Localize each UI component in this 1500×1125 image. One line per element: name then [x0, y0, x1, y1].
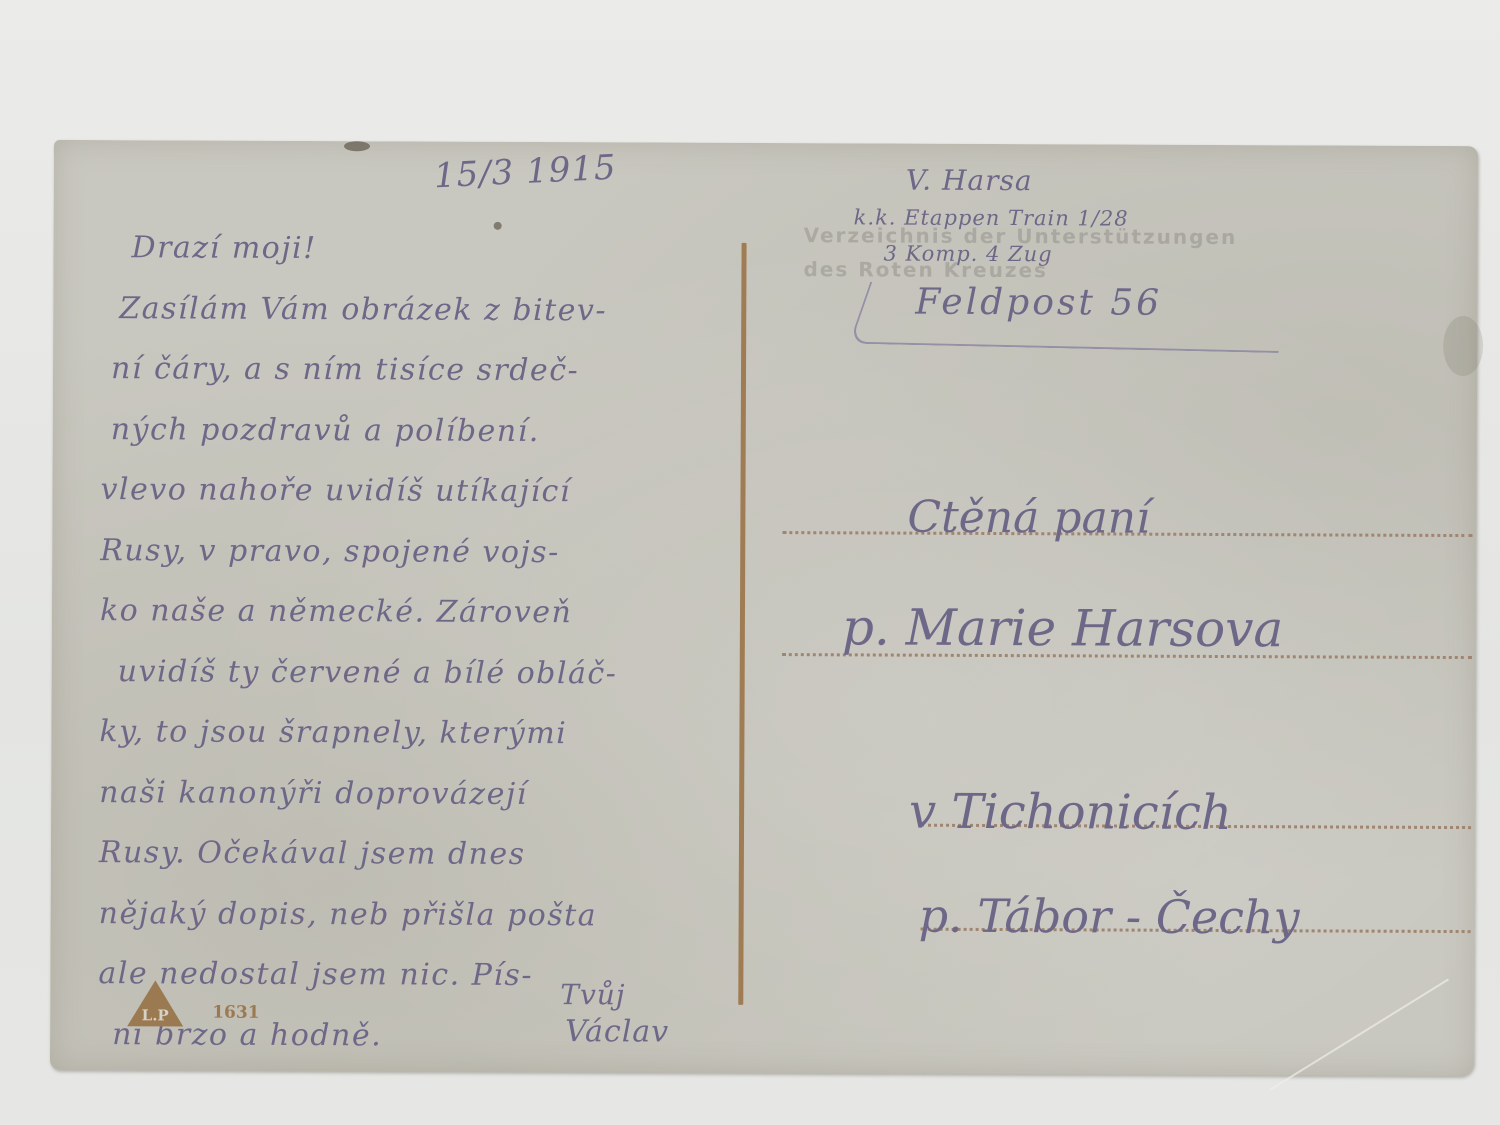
message-line: ko naše a německé. Zároveň [100, 581, 735, 644]
sender-name: V. Harsa [906, 164, 1033, 198]
stain-mark [1443, 316, 1483, 376]
message-line: vlevo nahoře uvidíš utíkající [100, 460, 735, 523]
message-line: Drazí moji! [101, 218, 736, 281]
recipient-salutation: Ctěná paní [907, 492, 1150, 544]
signature: Václav [565, 1014, 669, 1049]
recipient-name: p. Marie Harsova [842, 598, 1284, 658]
svg-text:L.P: L.P [142, 1006, 169, 1024]
message-line: ale nedostal jsem nic. Pís- [98, 944, 733, 1007]
corner-crease [1269, 978, 1449, 1090]
postcard: 15/3 1915 Drazí moji! Zasílám Vám obráze… [50, 140, 1478, 1076]
message-line: Rusy, v pravo, spojené vojs- [100, 521, 735, 584]
sender-block: V. Harsa k.k. Etappen Train 1/28 3 Komp.… [853, 163, 1274, 355]
divider-line [738, 243, 746, 1005]
publisher-number: 1631 [212, 1003, 259, 1023]
sender-bracket [849, 282, 1300, 353]
message-line: naši kanonýři doprovázejí [99, 763, 734, 826]
publisher-logo-icon: L.P [125, 978, 185, 1028]
recipient-post: p. Tábor - Čechy [919, 889, 1300, 945]
message-line: Rusy. Očekával jsem dnes [99, 823, 734, 886]
message-line: ných pozdravů a políbení. [101, 400, 736, 463]
message-line: Zasílám Vám obrázek z bitev- [101, 279, 736, 342]
recipient-town: v Tichonicích [909, 784, 1232, 841]
message-line: nějaký dopis, neb přišla pošta [99, 884, 734, 947]
message-line: ní čáry, a s ním tisíce srdeč- [101, 339, 736, 402]
closing: Tvůj [560, 978, 625, 1011]
sender-company: 3 Komp. 4 Zug [883, 242, 1052, 267]
postcard-date: 15/3 1915 [433, 148, 617, 197]
message-line: ky, to jsou šrapnely, kterými [99, 702, 734, 765]
message-line: uvidíš ty červené a bílé obláč- [100, 642, 735, 705]
stain-mark [344, 141, 370, 151]
message-body: Drazí moji! Zasílám Vám obrázek z bitev-… [98, 218, 737, 1068]
sender-unit: k.k. Etappen Train 1/28 [854, 205, 1129, 230]
